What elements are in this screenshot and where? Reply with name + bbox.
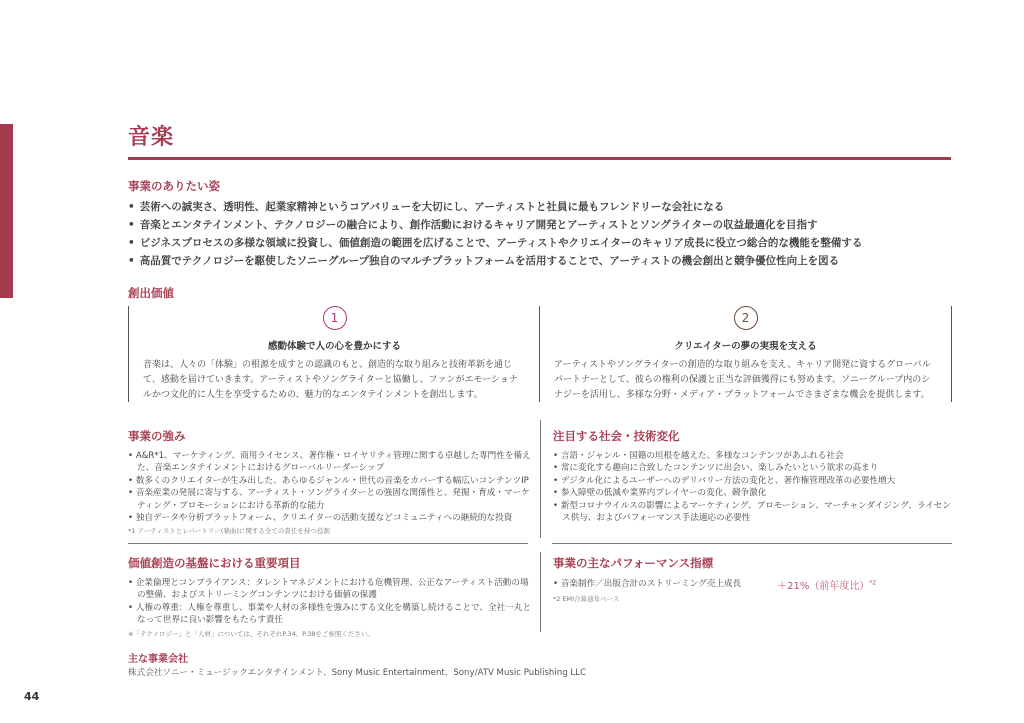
grid-divider [540, 420, 541, 538]
vision-item: 芸術への誠実さ、透明性、起業家精神というコアバリューを大切にし、アーティストと社… [128, 198, 862, 216]
foundation-heading: 価値創造の基盤における重要項目 [128, 555, 533, 571]
foundation-item: 人権の尊重：人権を尊重し、事業や人材の多様性を強みにする文化を構築し続けることで… [128, 602, 533, 627]
created-value-title: 感動体験で人の心を豊かにする [129, 338, 540, 352]
created-value-body: 音楽は、人々の「体験」の根源を成すとの認識のもと、創造的な取り組みと技術革新を通… [143, 358, 526, 403]
grid-divider [128, 543, 528, 544]
companies-heading: 主な事業会社 [128, 650, 188, 665]
change-item: 常に変化する趣向に合致したコンテンツに出会い、楽しみたいという欲求の高まり [553, 462, 953, 474]
change-item: デジタル化によるユーザーへのデリバリー方法の変化と、著作権管理改革の必要性増大 [553, 475, 953, 487]
kpi-heading: 事業の主なパフォーマンス指標 [553, 555, 953, 571]
vision-item: ビジネスプロセスの多様な領域に投資し、価値創造の範囲を広げることで、アーティスト… [128, 234, 862, 252]
created-value-heading: 創出価値 [128, 285, 174, 301]
foundation-section: 価値創造の基盤における重要項目 企業倫理とコンプライアンス：タレントマネジメント… [128, 555, 533, 638]
created-value-title: クリエイターの夢の実現を支える [540, 338, 951, 352]
changes-heading: 注目する社会・技術変化 [553, 428, 953, 444]
kpi-row: • 音楽制作／出版合計のストリーミング売上成長 ＋21%（前年度比）*2 [553, 577, 953, 592]
kpi-value-text: ＋21%（前年度比） [777, 581, 869, 592]
created-value-1: 1 感動体験で人の心を豊かにする 音楽は、人々の「体験」の根源を成すとの認識のも… [128, 306, 540, 402]
strengths-section: 事業の強み A&R*1、マーケティング、商用ライセンス、著作権・ロイヤリティ管理… [128, 428, 533, 535]
foundation-item: 企業倫理とコンプライアンス：タレントマネジメントにおける危機管理、公正なアーティ… [128, 577, 533, 602]
section-side-tab [0, 124, 13, 298]
strength-item: A&R*1、マーケティング、商用ライセンス、著作権・ロイヤリティ管理に関する卓越… [128, 450, 533, 475]
kpi-value: ＋21%（前年度比）*2 [777, 577, 876, 592]
kpi-footnote: *2 EMI合算通年ベース [553, 594, 953, 603]
vision-heading: 事業のありたい姿 [128, 178, 220, 194]
strengths-heading: 事業の強み [128, 428, 533, 444]
created-value-2: 2 クリエイターの夢の実現を支える アーティストやソングライターの創造的な取り組… [539, 306, 952, 402]
number-circle-icon: 2 [734, 306, 758, 330]
vision-item: 高品質でテクノロジーを駆使したソニーグループ独自のマルチプラットフォームを活用す… [128, 252, 862, 270]
kpi-footnote-mark: *2 [869, 580, 876, 587]
created-value-body: アーティストやソングライターの創造的な取り組みを支え、キャリア開発に資するグロー… [554, 358, 937, 403]
strengths-footnote: *1 アーティストとレパートリー(楽曲)に関する全ての責任を持つ役割 [128, 526, 533, 535]
change-item: 言語・ジャンル・国籍の垣根を越えた、多様なコンテンツがあふれる社会 [553, 450, 953, 462]
kpi-label: 音楽制作／出版合計のストリーミング売上成長 [561, 579, 741, 589]
grid-divider [552, 543, 952, 544]
strength-item: 数多くのクリエイターが生み出した、あらゆるジャンル・世代の音楽をカバーする幅広い… [128, 475, 533, 487]
vision-list: 芸術への誠実さ、透明性、起業家精神というコアバリューを大切にし、アーティストと社… [128, 198, 862, 270]
foundation-footnote: ※「テクノロジー」と「人材」については、それぞれP.34、P.38をご参照くださ… [128, 629, 533, 638]
strength-item: 音楽産業の発展に寄与する、アーティスト・ソングライターとの強固な関係性と、発掘・… [128, 487, 533, 512]
number-circle-icon: 1 [323, 306, 347, 330]
kpi-section: 事業の主なパフォーマンス指標 • 音楽制作／出版合計のストリーミング売上成長 ＋… [553, 555, 953, 603]
companies-list: 株式会社ソニー・ミュージックエンタテインメント、Sony Music Enter… [128, 666, 586, 678]
change-item: 新型コロナウイルスの影響によるマーケティング、プロモーション、マーチャンダイジン… [553, 500, 953, 525]
page-title: 音楽 [128, 120, 174, 151]
title-divider [128, 157, 951, 160]
changes-section: 注目する社会・技術変化 言語・ジャンル・国籍の垣根を越えた、多様なコンテンツがあ… [553, 428, 953, 524]
vision-item: 音楽とエンタテインメント、テクノロジーの融合により、創作活動におけるキャリア開発… [128, 216, 862, 234]
page-number: 44 [24, 690, 39, 703]
kpi-bullet-label: • 音楽制作／出版合計のストリーミング売上成長 [553, 577, 741, 592]
strength-item: 独自データや分析プラットフォーム、クリエイターの活動支援などコミュニティへの継続… [128, 512, 533, 524]
created-value-panel: 1 感動体験で人の心を豊かにする 音楽は、人々の「体験」の根源を成すとの認識のも… [128, 306, 951, 402]
change-item: 参入障壁の低減や業界内プレイヤーの変化、競争激化 [553, 487, 953, 499]
grid-divider [540, 552, 541, 632]
